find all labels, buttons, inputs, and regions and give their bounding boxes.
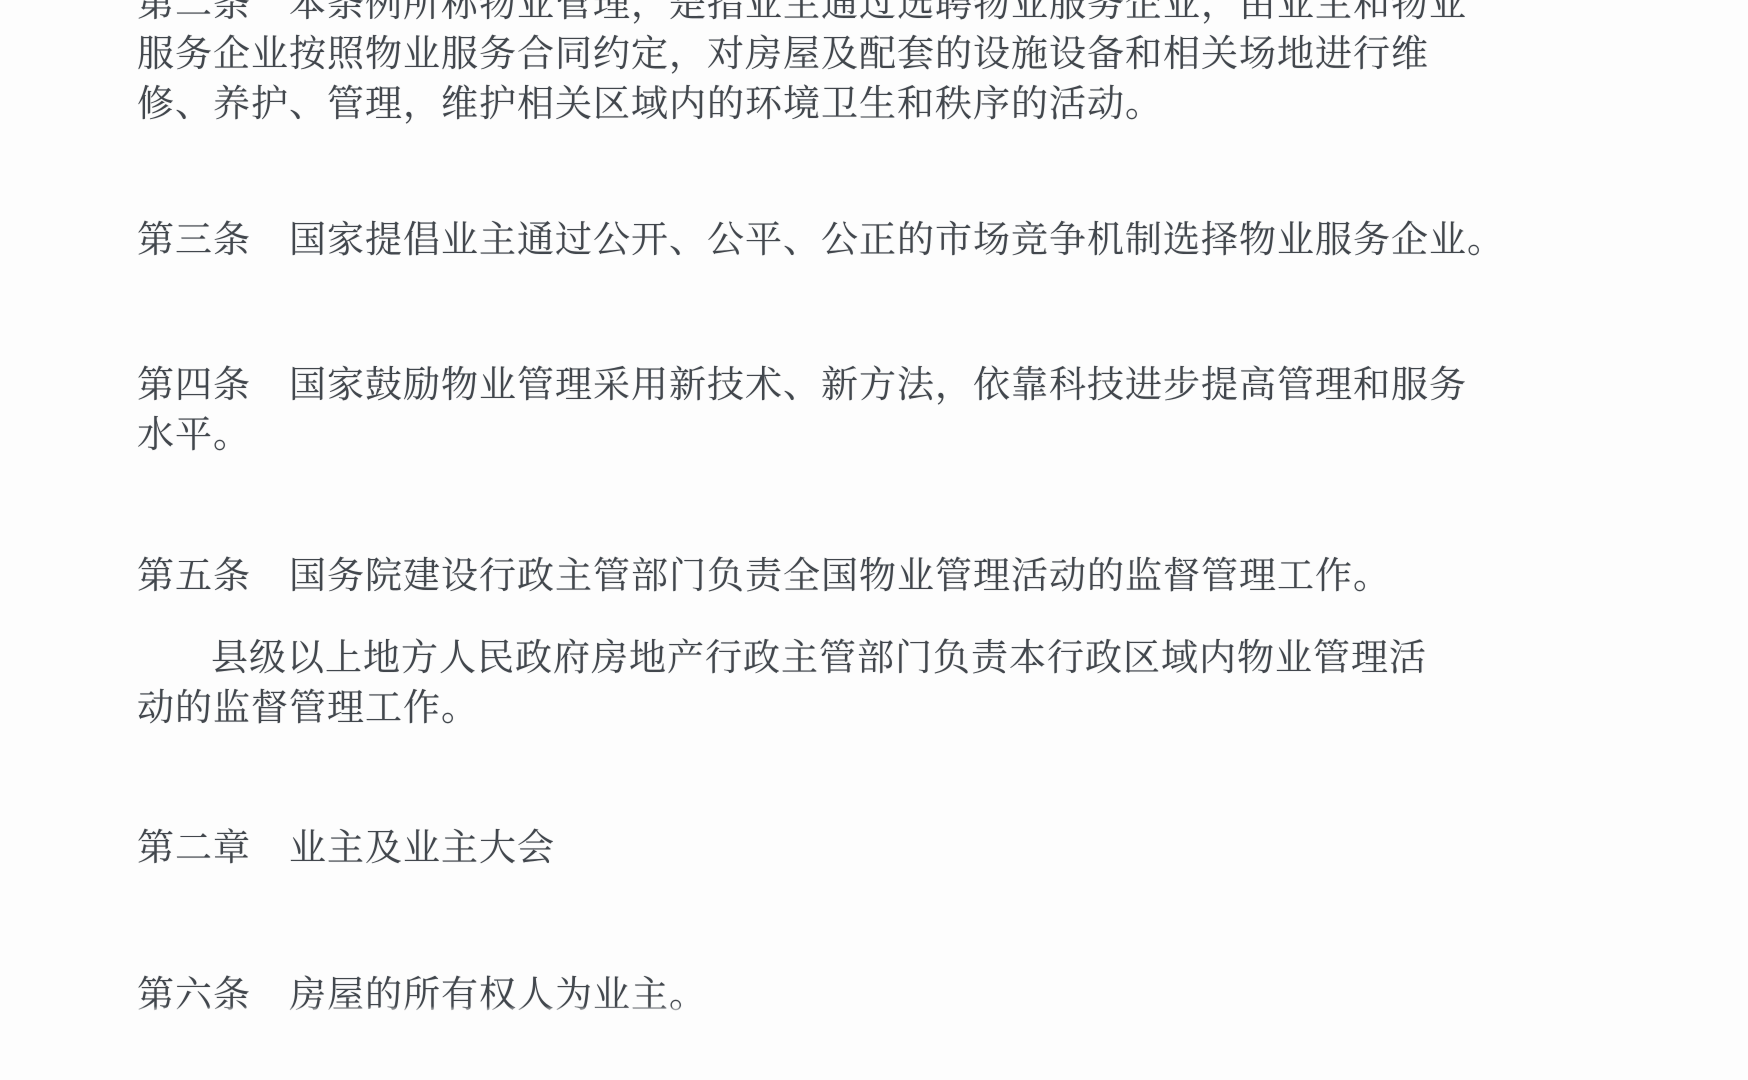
document-page: 第二条 本条例所称物业管理，是指业主通过选聘物业服务企业，由业主和物业 服务企业… (0, 0, 1748, 1080)
text-line: 动的监督管理工作。 (137, 683, 1657, 733)
text-line: 第二条 本条例所称物业管理，是指业主通过选聘物业服务企业，由业主和物业 (137, 0, 1657, 29)
article-5-paragraph-2: 县级以上地方人民政府房地产行政主管部门负责本行政区域内物业管理活 动的监督管理工… (137, 633, 1657, 733)
text-line: 第四条 国家鼓励物业管理采用新技术、新方法，依靠科技进步提高管理和服务 (137, 360, 1657, 410)
text-line: 县级以上地方人民政府房地产行政主管部门负责本行政区域内物业管理活 (137, 633, 1657, 683)
article-4-paragraph: 第四条 国家鼓励物业管理采用新技术、新方法，依靠科技进步提高管理和服务 水平。 (137, 360, 1657, 460)
article-2-paragraph: 第二条 本条例所称物业管理，是指业主通过选聘物业服务企业，由业主和物业 服务企业… (137, 0, 1657, 129)
text-line: 水平。 (137, 410, 1657, 460)
text-line: 第五条 国务院建设行政主管部门负责全国物业管理活动的监督管理工作。 (137, 551, 1657, 601)
article-3-paragraph: 第三条 国家提倡业主通过公开、公平、公正的市场竞争机制选择物业服务企业。 (137, 215, 1657, 265)
article-5-paragraph: 第五条 国务院建设行政主管部门负责全国物业管理活动的监督管理工作。 (137, 551, 1657, 601)
chapter-2-heading: 第二章 业主及业主大会 (137, 823, 1657, 873)
text-line: 第三条 国家提倡业主通过公开、公平、公正的市场竞争机制选择物业服务企业。 (137, 215, 1657, 265)
text-line: 修、养护、管理，维护相关区域内的环境卫生和秩序的活动。 (137, 79, 1657, 129)
text-line: 服务企业按照物业服务合同约定，对房屋及配套的设施设备和相关场地进行维 (137, 29, 1657, 79)
heading-line: 第二章 业主及业主大会 (137, 823, 1657, 873)
page-bottom-clip (0, 1006, 1748, 1080)
